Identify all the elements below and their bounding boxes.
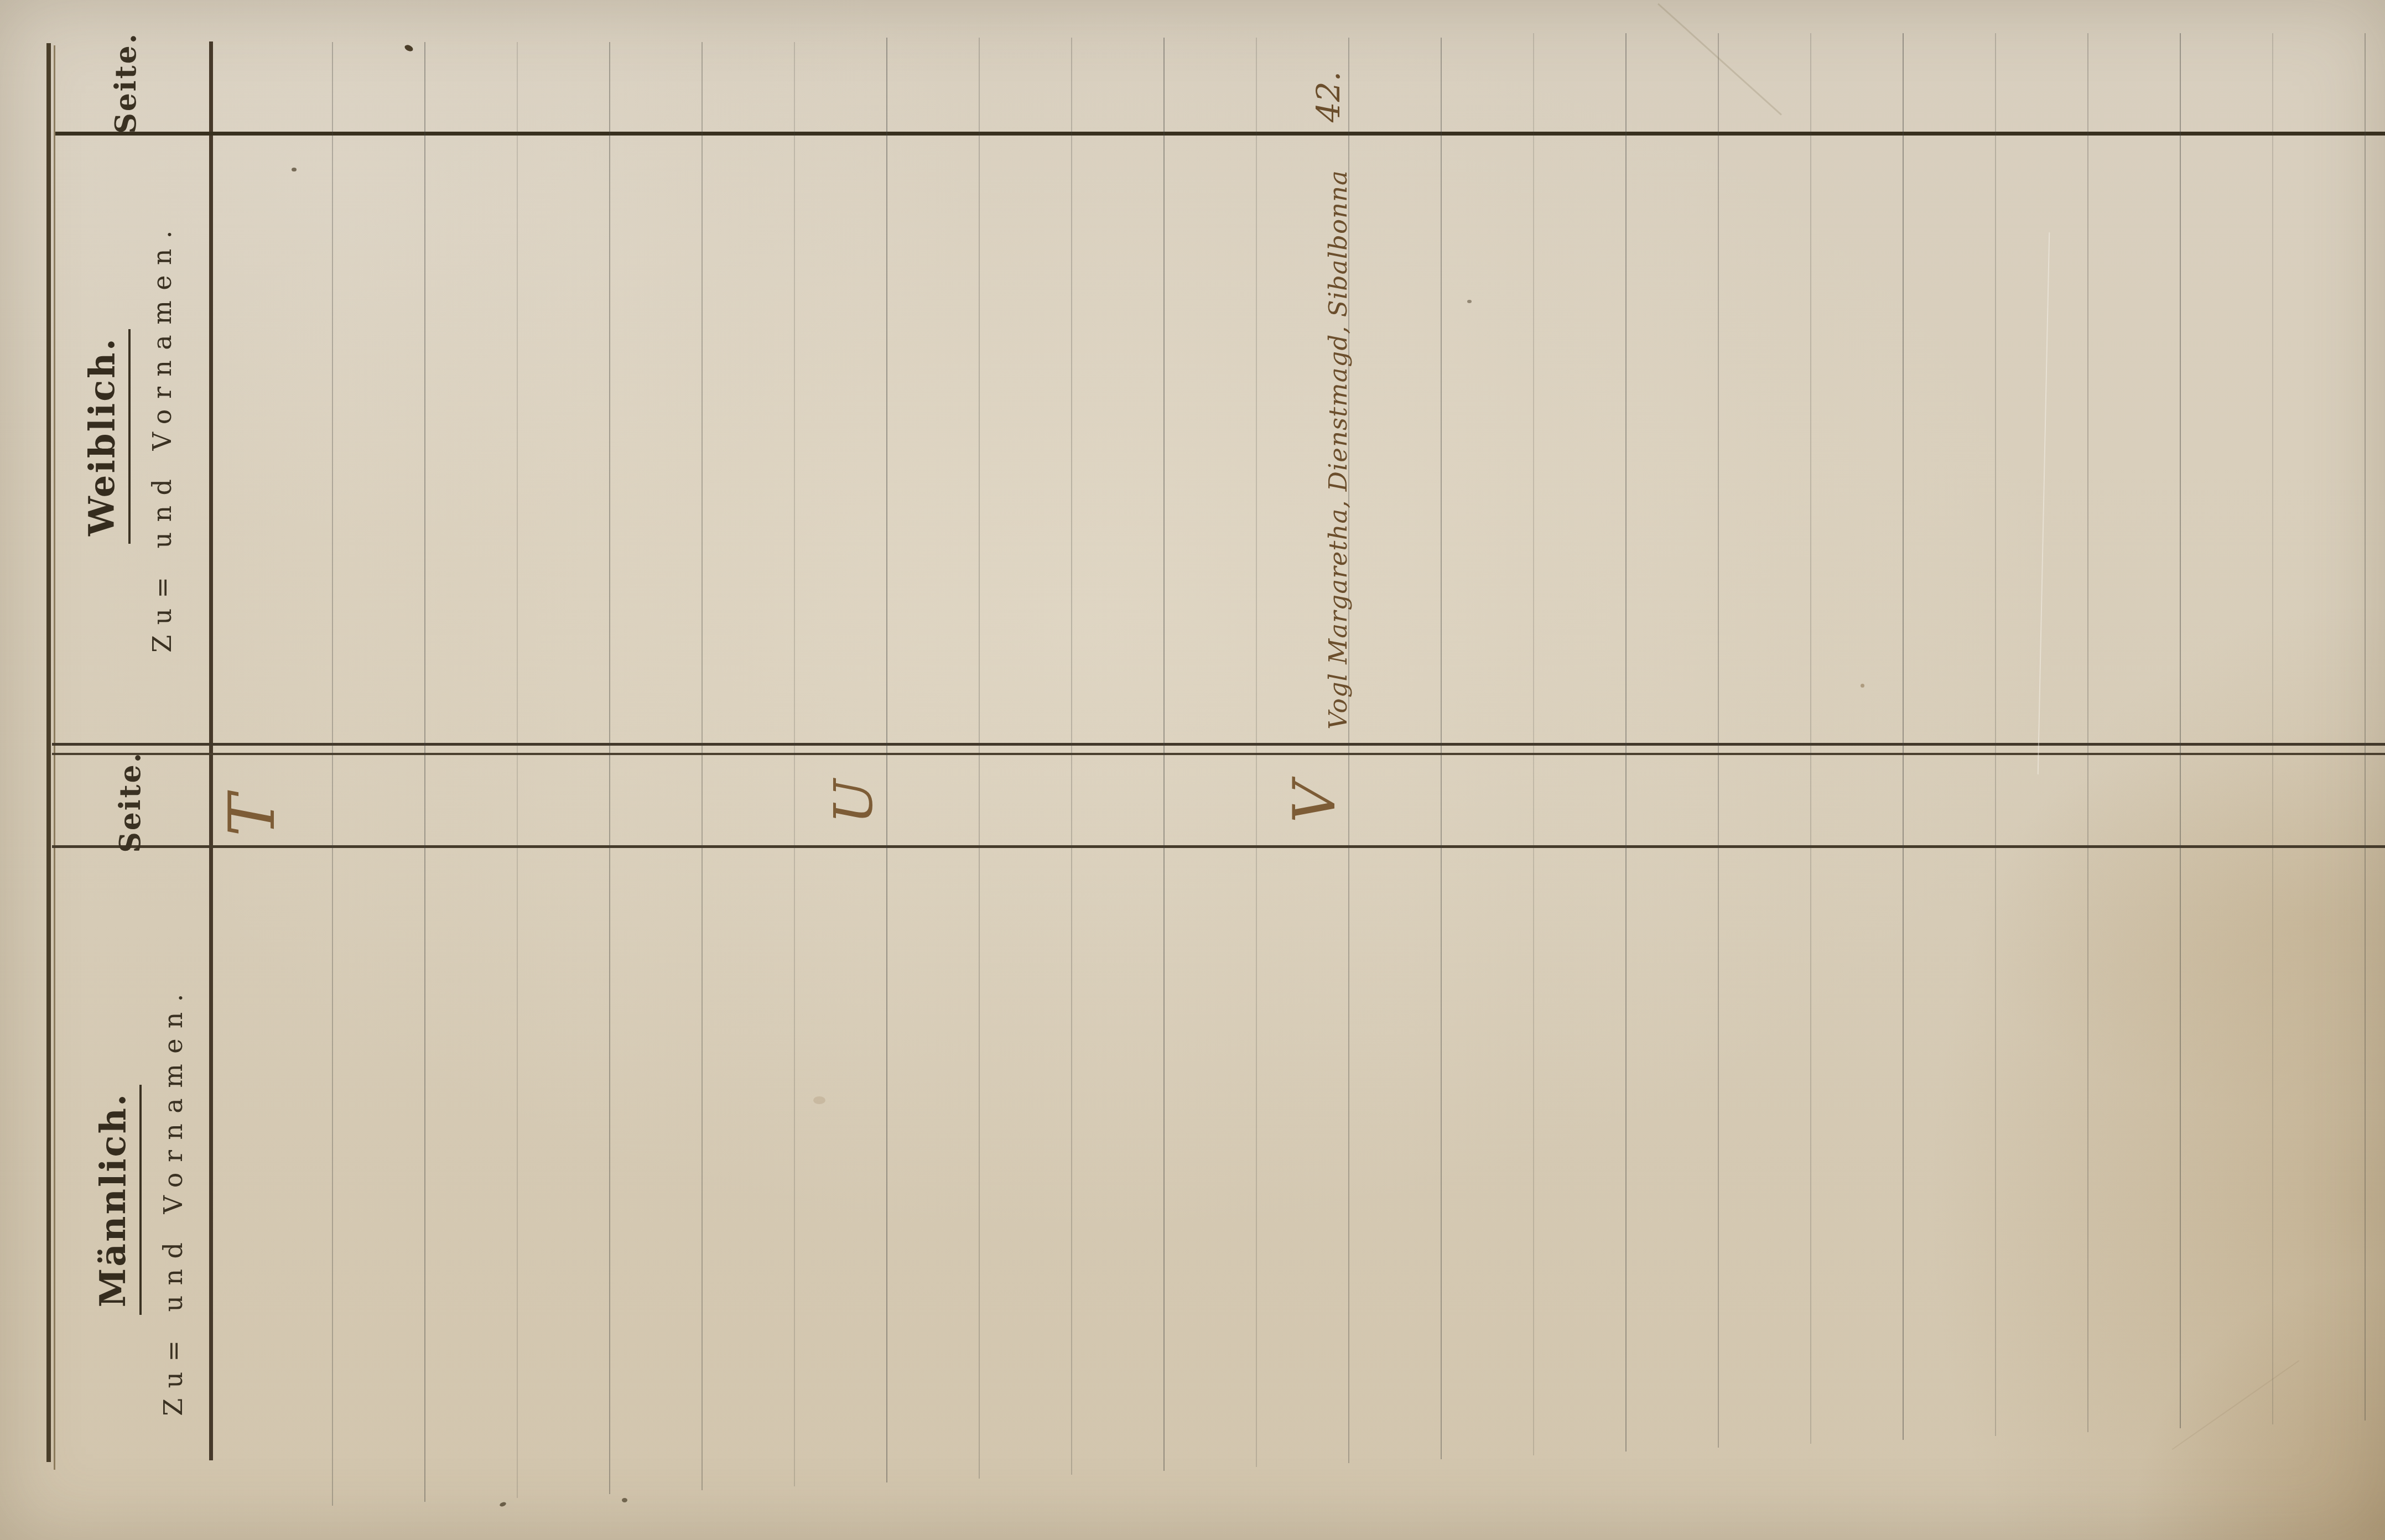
entry-row-rule	[517, 42, 518, 1498]
entry-row-rule	[424, 42, 425, 1502]
entry-row-rule	[1903, 33, 1904, 1440]
foxing-spot	[1861, 684, 1864, 688]
entry-row-rule	[702, 42, 703, 1490]
weiblich-subtitle: Zu= und Vornamen.	[147, 220, 177, 653]
maennlich-seite-column-rule	[52, 845, 2385, 848]
scanned-register-page: Seite. Weiblich. Zu= und Vornamen. Seite…	[0, 0, 2385, 1540]
section-divider-rule-inner	[52, 753, 2385, 755]
paper-crease	[2038, 232, 2050, 774]
foxing-spot	[813, 1096, 825, 1104]
weiblich-seite-label: Seite.	[109, 32, 143, 134]
handwritten-section-letter-T: T	[226, 769, 278, 862]
handwritten-entry-name: Vogl Margaretha, Dienstmagd, Sibalbonna	[1321, 163, 1354, 737]
entry-row-rule	[1625, 33, 1627, 1451]
entry-row-rule	[886, 38, 887, 1482]
entry-row-rule	[1810, 33, 1811, 1444]
entry-row-rule	[794, 42, 795, 1486]
handwritten-section-letter-U: U	[829, 771, 879, 833]
handwritten-section-letter-V: V	[1288, 764, 1340, 840]
entry-row-rule	[332, 42, 333, 1506]
entry-row-rule	[2180, 33, 2181, 1428]
ink-speck	[622, 1498, 627, 1502]
weiblich-section-header: Weiblich. Zu= und Vornamen.	[71, 227, 187, 646]
entry-row-rule	[2087, 33, 2088, 1432]
entry-row-rule	[1163, 38, 1165, 1471]
handwritten-entry-page-number: 42.	[1311, 70, 1345, 124]
maennlich-title: Männlich.	[92, 1085, 142, 1315]
maennlich-seite-label: Seite.	[113, 751, 147, 853]
header-underline-rule	[209, 41, 213, 1460]
section-divider-rule-outer	[52, 743, 2385, 746]
maennlich-subtitle: Zu= und Vornamen.	[158, 984, 188, 1416]
ink-speck	[499, 1501, 507, 1507]
entry-row-rule	[1441, 38, 1442, 1459]
ink-speck	[404, 44, 414, 53]
entry-row-rule	[1256, 38, 1257, 1467]
table-top-border-rule-inner	[54, 45, 55, 1470]
weiblich-title: Weiblich.	[81, 329, 131, 544]
weiblich-seite-column-header: Seite.	[108, 44, 143, 122]
weiblich-seite-column-rule	[55, 132, 2385, 136]
entry-row-rule	[1533, 33, 1534, 1455]
entry-row-rule	[1995, 33, 1996, 1436]
entry-row-rule	[2365, 33, 2366, 1421]
ink-speck	[292, 168, 297, 171]
ink-speck	[1467, 300, 1472, 303]
paper-crease	[2172, 1360, 2300, 1450]
entry-row-rule	[1718, 33, 1719, 1448]
entry-row-rule	[1071, 38, 1072, 1475]
paper-crease	[1657, 3, 1782, 116]
entry-row-rule	[609, 42, 610, 1494]
entry-row-rule	[2272, 33, 2273, 1424]
maennlich-section-header: Männlich. Zu= und Vornamen.	[82, 990, 198, 1409]
table-top-border-rule-outer	[46, 43, 51, 1462]
entry-row-rule	[979, 38, 980, 1479]
maennlich-seite-column-header: Seite.	[113, 767, 147, 837]
